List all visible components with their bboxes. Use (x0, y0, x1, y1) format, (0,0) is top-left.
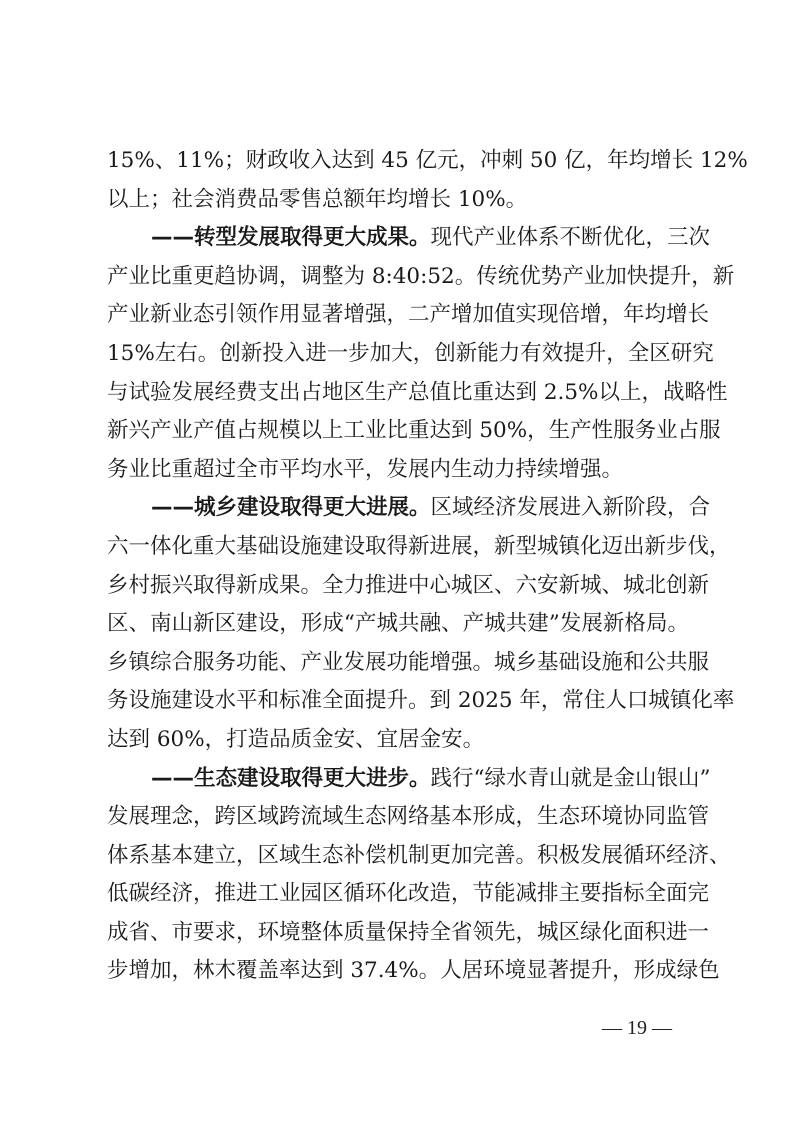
text-line: 15%左右。创新投入进一步加大，创新能力有效提升，全区研究 (107, 335, 689, 374)
text-line: 15%、11%；财政收入达到 45 亿元，冲刺 50 亿，年均增长 12% (107, 142, 689, 181)
text-line: 产业比重更趋协调，调整为 8:40:52。传统优势产业加快提升，新 (107, 258, 689, 297)
paragraph-first-line: ——城乡建设取得更大进展。区域经济发展进入新阶段，合 (107, 489, 689, 528)
document-page: 15%、11%；财政收入达到 45 亿元，冲刺 50 亿，年均增长 12% 以上… (0, 0, 793, 1122)
section-heading: ——生态建设取得更大进步。 (151, 766, 431, 791)
text-line: 步增加，林木覆盖率达到 37.4%。人居环境显著提升，形成绿色 (107, 952, 689, 991)
text-line: 发展理念，跨区域跨流域生态网络基本形成，生态环境协同监管 (107, 798, 689, 837)
text-line: 区、南山新区建设，形成“产城共融、产城共建”发展新格局。 (107, 605, 689, 644)
text-line: 与试验发展经费支出占地区生产总值比重达到 2.5%以上，战略性 (107, 374, 689, 413)
text-run: 现代产业体系不断优化，三次 (431, 225, 711, 250)
text-line: 以上；社会消费品零售总额年均增长 10%。 (107, 181, 689, 220)
text-line: 达到 60%，打造品质金安、宜居金安。 (107, 721, 689, 760)
body-text: 15%、11%；财政收入达到 45 亿元，冲刺 50 亿，年均增长 12% 以上… (107, 142, 689, 991)
text-line: 体系基本建立，区域生态补偿机制更加完善。积极发展循环经济、 (107, 837, 689, 876)
page-number: — 19 — (602, 1017, 702, 1040)
text-run: 区域经济发展进入新阶段，合 (431, 495, 711, 520)
paragraph-first-line: ——转型发展取得更大成果。现代产业体系不断优化，三次 (107, 219, 689, 258)
section-heading: ——城乡建设取得更大进展。 (151, 495, 431, 520)
text-line: 低碳经济，推进工业园区循环化改造，节能减排主要指标全面完 (107, 875, 689, 914)
text-line: 成省、市要求，环境整体质量保持全省领先，城区绿化面积进一 (107, 914, 689, 953)
text-line: 新兴产业产值占规模以上工业比重达到 50%，生产性服务业占服 (107, 412, 689, 451)
text-run: 践行“绿水青山就是金山银山” (431, 766, 711, 791)
text-line: 务业比重超过全市平均水平，发展内生动力持续增强。 (107, 451, 689, 490)
paragraph-first-line: ——生态建设取得更大进步。践行“绿水青山就是金山银山” (107, 760, 689, 799)
text-line: 乡村振兴取得新成果。全力推进中心城区、六安新城、城北创新 (107, 567, 689, 606)
text-line: 六一体化重大基础设施建设取得新进展，新型城镇化迈出新步伐， (107, 528, 689, 567)
text-line: 产业新业态引领作用显著增强，二产增加值实现倍增，年均增长 (107, 296, 689, 335)
text-line: 乡镇综合服务功能、产业发展功能增强。城乡基础设施和公共服 (107, 644, 689, 683)
section-heading: ——转型发展取得更大成果。 (151, 225, 431, 250)
text-line: 务设施建设水平和标准全面提升。到 2025 年，常住人口城镇化率 (107, 682, 689, 721)
